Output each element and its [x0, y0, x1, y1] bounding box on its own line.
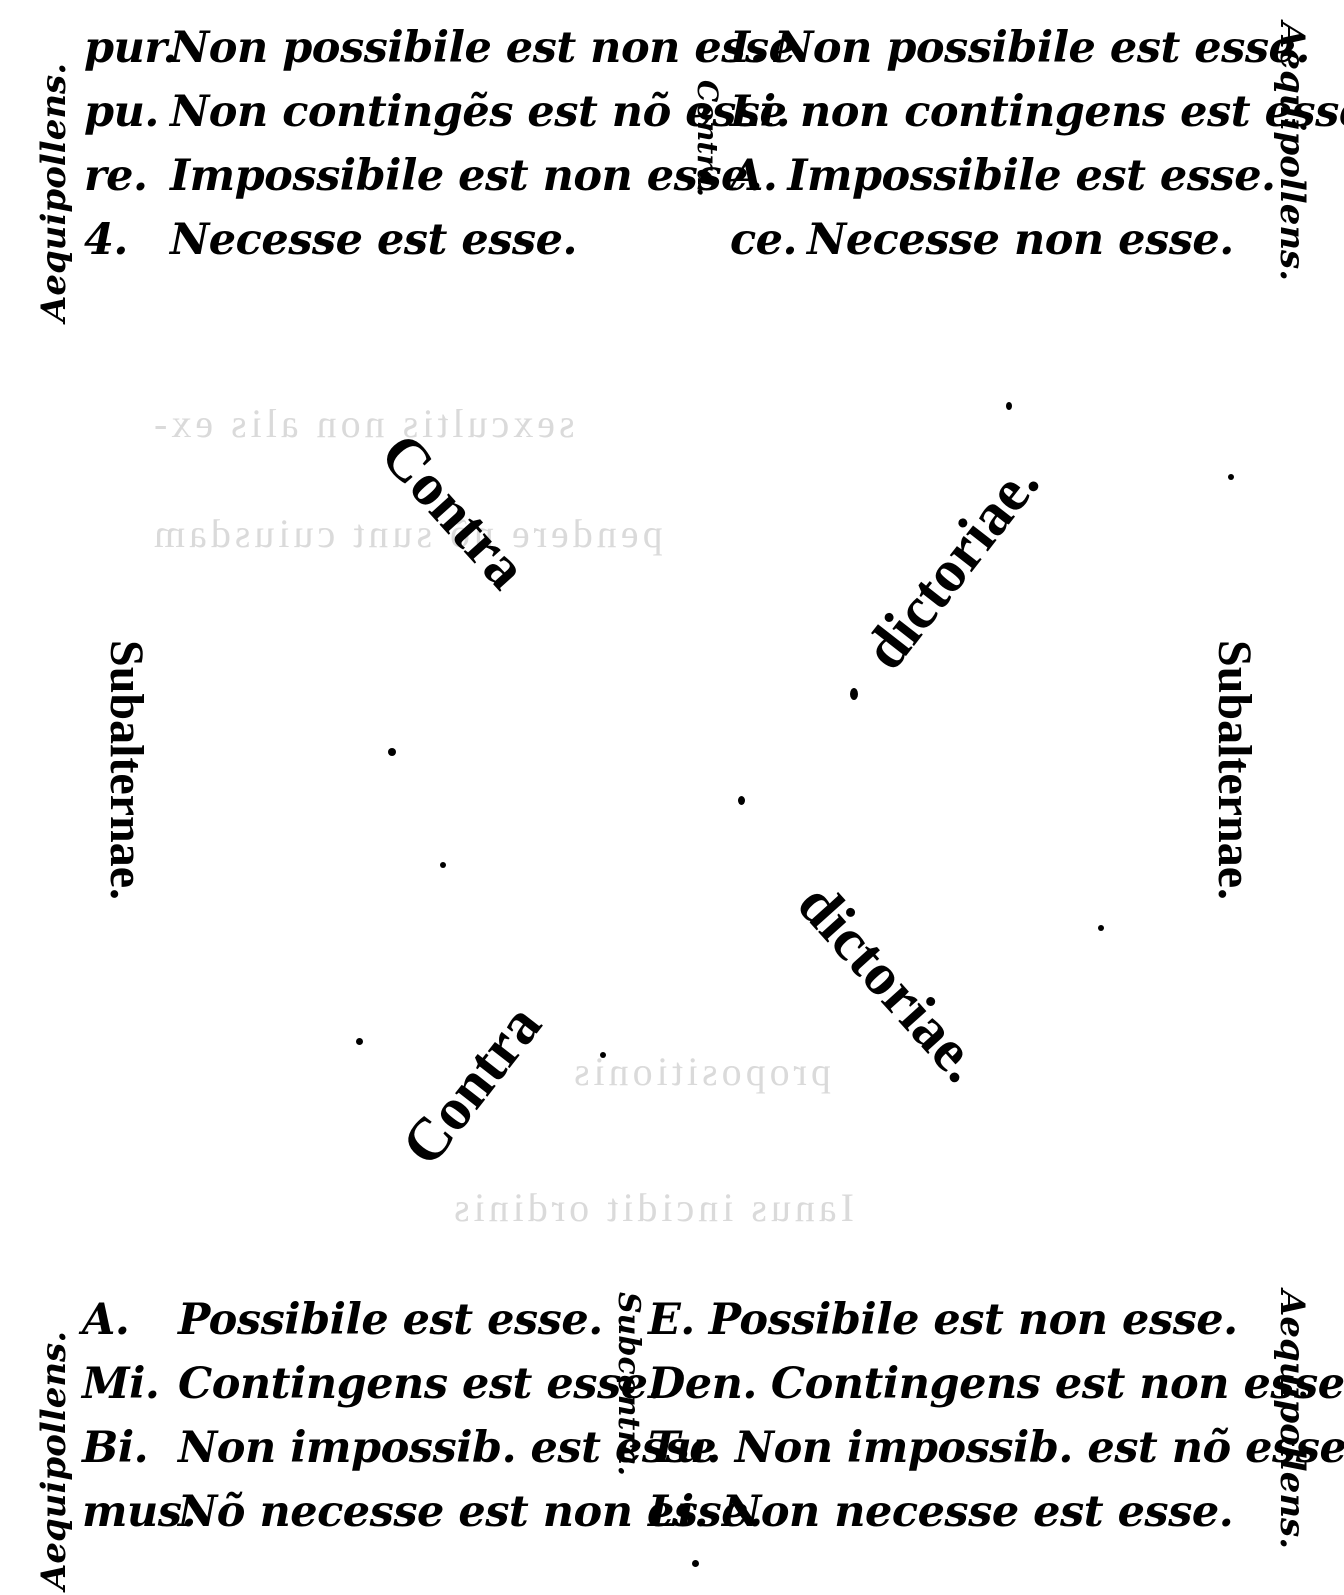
mnemonic-syllable: ce.	[730, 208, 797, 272]
proposition-text: Necesse non esse.	[807, 208, 1234, 272]
proposition-row: I. Non possibile est esse.	[730, 16, 1344, 80]
mnemonic-syllable: Den.	[648, 1352, 757, 1416]
mnemonic-syllable: I.	[730, 16, 764, 80]
ink-speck	[1006, 402, 1012, 410]
subalternae-label-left: Subalternae.	[99, 640, 154, 900]
proposition-block-top-left: pur. Non possibile est non esse pu. Non …	[84, 16, 796, 272]
proposition-row: Li. non contingens est esse.	[730, 80, 1344, 144]
proposition-row: E. Possibile est non esse.	[648, 1288, 1344, 1352]
mnemonic-syllable: Mi.	[82, 1352, 178, 1416]
ink-speck	[850, 688, 858, 700]
contradictoriae-label-diagonal-1-part-b: dictoriae.	[850, 450, 1053, 683]
ink-speck	[388, 748, 396, 756]
mnemonic-syllable: pu.	[84, 80, 170, 144]
proposition-text: Non possibile est esse.	[774, 16, 1310, 80]
mnemonic-syllable: Li.	[730, 80, 790, 144]
ink-speck	[1228, 474, 1234, 480]
bleed-through-text: Ianus incidit ordinis	[450, 1184, 854, 1231]
subalternae-label-right: Subalternae.	[1207, 640, 1262, 900]
proposition-text: Non possibile est non esse	[170, 16, 796, 80]
ink-speck	[692, 1560, 699, 1567]
bleed-through-text: propositionis	[570, 1048, 831, 1095]
ink-speck	[356, 1038, 363, 1045]
proposition-text: Non necesse est esse.	[722, 1480, 1233, 1544]
ink-speck	[600, 1052, 606, 1058]
proposition-text: Impossibile est non esse.	[170, 144, 762, 208]
ink-speck	[1098, 925, 1104, 931]
ink-speck	[738, 796, 745, 805]
proposition-row: re. Impossibile est non esse.	[84, 144, 796, 208]
proposition-row: pur. Non possibile est non esse	[84, 16, 796, 80]
mnemonic-syllable: Tu.	[648, 1416, 721, 1480]
mnemonic-syllable: pur.	[84, 16, 170, 80]
proposition-row: pu. Non contingẽs est nõ esse	[84, 80, 796, 144]
contrariae-label: Contra.	[691, 80, 724, 197]
aequipollens-label-top-right: Aequipollens.	[1272, 22, 1312, 281]
mnemonic-syllable: A.	[82, 1288, 178, 1352]
proposition-row: 4. Necesse est esse.	[84, 208, 796, 272]
proposition-text: Impossibile est esse.	[787, 144, 1275, 208]
bleed-through-text: pendere nõ sunt cuiusdam	[150, 510, 663, 557]
subcontrariae-label: Subcontra.	[611, 1292, 646, 1476]
mnemonic-syllable: Li.	[648, 1480, 708, 1544]
proposition-text: Non impossib. est nõ esse.	[735, 1416, 1344, 1480]
aequipollens-label-bottom-right: Aequipollens.	[1272, 1290, 1312, 1549]
proposition-text: non contingens est esse.	[800, 80, 1344, 144]
proposition-row: Tu. Non impossib. est nõ esse.	[648, 1416, 1344, 1480]
proposition-text: Possibile est esse.	[178, 1288, 603, 1352]
proposition-row: Li. Non necesse est esse.	[648, 1480, 1344, 1544]
proposition-row: ce. Necesse non esse.	[730, 208, 1344, 272]
proposition-block-top-right: I. Non possibile est esse. Li. non conti…	[730, 16, 1344, 272]
mnemonic-syllable: A.	[730, 144, 777, 208]
mnemonic-syllable: mus.	[82, 1480, 178, 1544]
proposition-block-bottom-right: E. Possibile est non esse. Den. Continge…	[648, 1288, 1344, 1544]
proposition-text: Contingens est esse.	[178, 1352, 662, 1416]
mnemonic-syllable: Bi.	[82, 1416, 178, 1480]
ink-speck	[440, 862, 446, 868]
scanned-page: sexcultis non alis ex- pendere nõ sunt c…	[0, 0, 1344, 1595]
proposition-text: Contingens est non esse.	[771, 1352, 1344, 1416]
proposition-text: Possibile est non esse.	[709, 1288, 1238, 1352]
aequipollens-label-top-left: Aequipollens.	[34, 63, 74, 322]
aequipollens-label-bottom-left: Aequipollens.	[34, 1331, 74, 1590]
bleed-through-text: sexcultis non alis ex-	[150, 400, 575, 447]
proposition-text: Necesse est esse.	[170, 208, 577, 272]
contradictoriae-label-diagonal-2-part-a: Contra	[388, 992, 555, 1179]
mnemonic-syllable: re.	[84, 144, 170, 208]
mnemonic-syllable: E.	[648, 1288, 695, 1352]
proposition-row: A. Impossibile est esse.	[730, 144, 1344, 208]
mnemonic-syllable: 4.	[84, 208, 170, 272]
proposition-row: Den. Contingens est non esse.	[648, 1352, 1344, 1416]
